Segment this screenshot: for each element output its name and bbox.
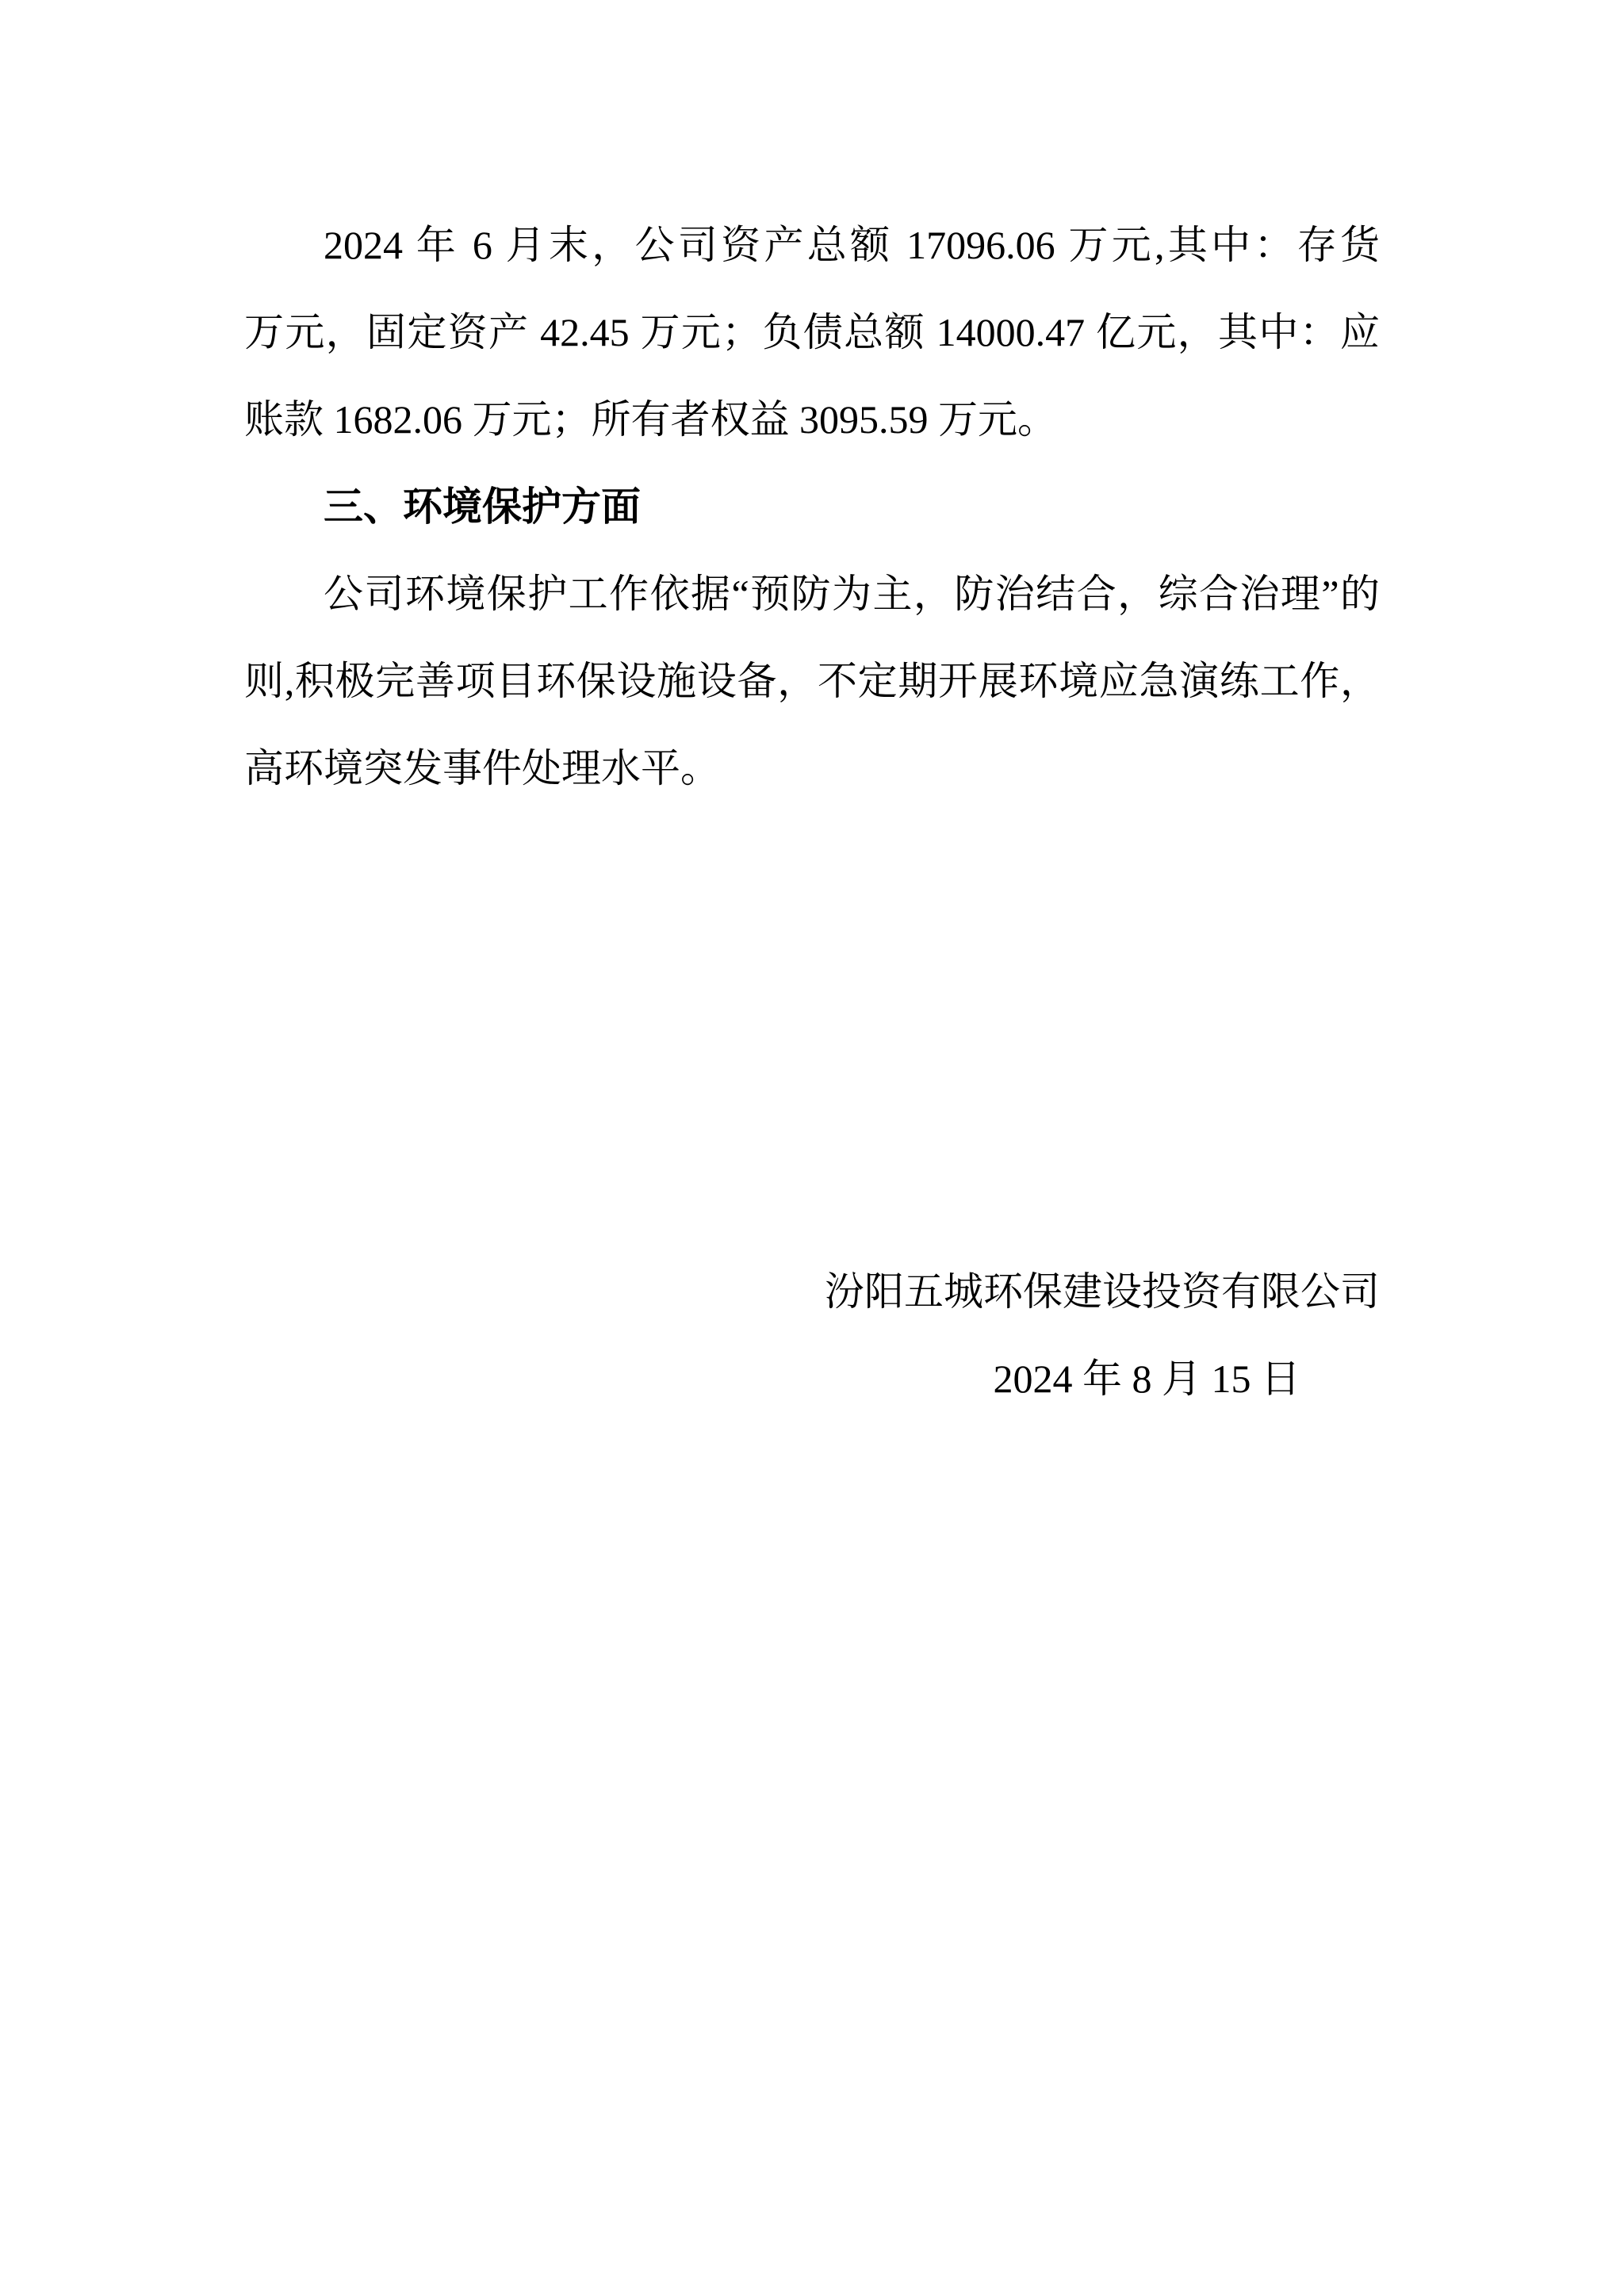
paragraph-2-line-1: 公司环境保护工作依据“预防为主，防治结合，综合治理”的原 [244,550,1380,637]
blank-space [244,812,1380,1248]
section-heading: 三、环境保护方面 [244,463,1380,550]
signature-company-name: 汾阳五城环保建设投资有限公司 [244,1248,1380,1335]
paragraph-2-line-2: 则,积极完善项目环保设施设备，不定期开展环境应急演练工作，提 [244,637,1380,725]
signature-date: 2024 年 8 月 15 日 [244,1335,1380,1422]
paragraph-1-line-2: 万元，固定资产 42.45 万元；负债总额 14000.47 亿元，其中：应付 [244,289,1380,376]
paragraph-2-line-3: 高环境突发事件处理水平。 [244,725,1380,812]
paragraph-1-line-3: 账款 1682.06 万元；所有者权益 3095.59 万元。 [244,376,1380,463]
paragraph-1-line-1: 2024 年 6 月末，公司资产总额 17096.06 万元,其中：存货 0.7… [244,201,1380,289]
document-page: 2024 年 6 月末，公司资产总额 17096.06 万元,其中：存货 0.7… [0,0,1624,2296]
